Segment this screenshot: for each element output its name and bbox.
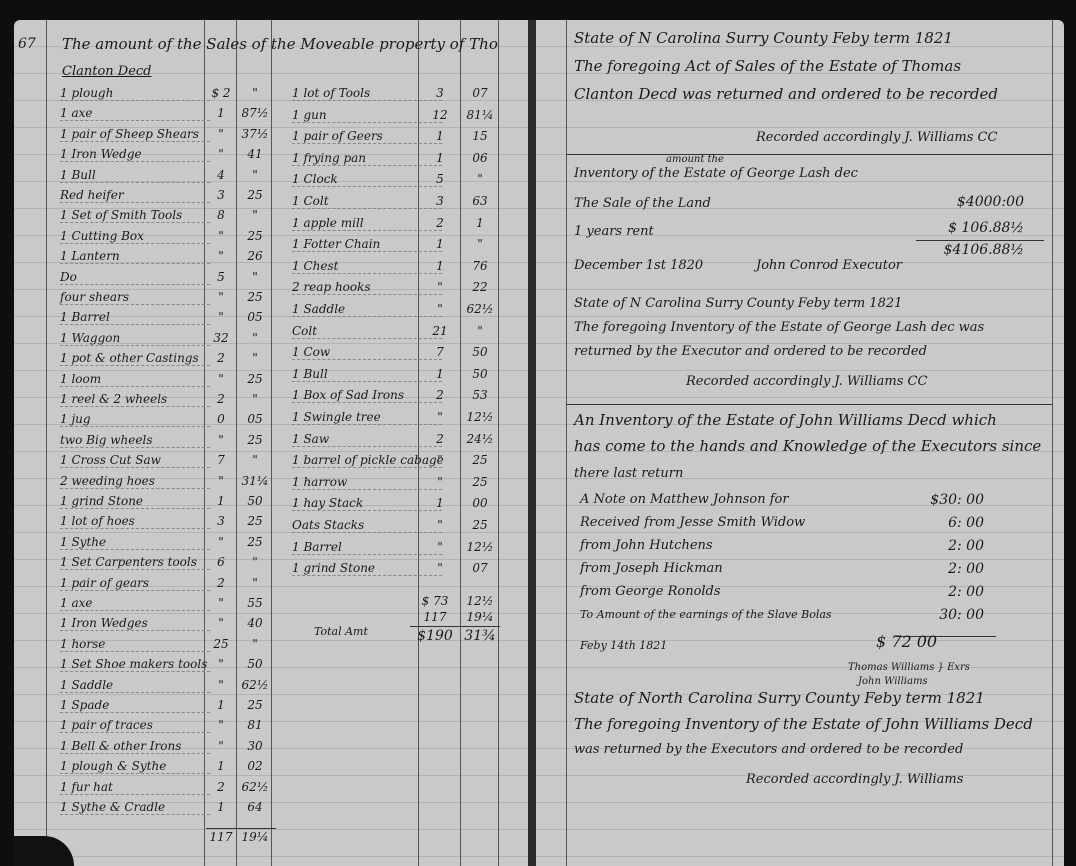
sale-dollars: 6 xyxy=(206,555,236,569)
sale-cents: 25 xyxy=(238,229,272,243)
subtotal-dollars-1: $ 73 xyxy=(410,594,460,608)
court-text-1b: Clanton Decd was returned and ordered to… xyxy=(574,86,998,102)
sale-dollars: 3 xyxy=(420,86,460,100)
sale-dollars: 1 xyxy=(206,106,236,120)
subtotal-cents-2: 19¼ xyxy=(462,610,498,624)
sale-dollars: 1 xyxy=(206,800,236,814)
sale-dollars: " xyxy=(206,147,236,161)
sale-cents: 24½ xyxy=(462,432,498,446)
sale-item: 1 horse xyxy=(60,637,210,652)
sale-cents: 40 xyxy=(238,616,272,630)
lash-row-amount: $ 106.88½ xyxy=(948,220,1024,236)
williams-inventory-title: An Inventory of the Estate of John Willi… xyxy=(574,412,997,428)
inventory-row-amount: 6: 00 xyxy=(948,515,984,531)
sale-dollars: 2 xyxy=(206,780,236,794)
sale-item: 1 plough & Sythe xyxy=(60,759,210,774)
sale-item: 1 axe xyxy=(60,596,210,611)
sale-cents: 1 xyxy=(462,216,498,230)
total-label: Total Amt xyxy=(314,624,368,640)
sale-cents: 25 xyxy=(238,188,272,202)
sale-cents: " xyxy=(238,86,272,100)
sale-cents: 07 xyxy=(462,86,498,100)
sale-cents: 06 xyxy=(462,151,498,165)
lash-total: $4106.88½ xyxy=(944,242,1024,258)
sale-cents: " xyxy=(238,351,272,365)
sale-cents: 41 xyxy=(238,147,272,161)
clerk-signature-3: Recorded accordingly J. Williams xyxy=(746,772,963,788)
sale-dollars: " xyxy=(206,616,236,630)
sale-dollars: " xyxy=(206,127,236,141)
sale-item: Red heifer xyxy=(60,188,210,203)
sale-item: 1 Set Carpenters tools xyxy=(60,555,210,570)
sale-item: 1 Bull xyxy=(60,168,210,183)
sale-dollars: " xyxy=(206,657,236,671)
sale-item: 1 Spade xyxy=(60,698,210,713)
inventory-row-amount: 2: 00 xyxy=(948,561,984,577)
sum-rule xyxy=(916,240,1044,241)
column-rule xyxy=(236,20,237,866)
sale-dollars: 1 xyxy=(206,494,236,508)
sale-dollars: 1 xyxy=(420,496,460,510)
sale-cents: 76 xyxy=(462,259,498,273)
sale-dollars: 1 xyxy=(420,237,460,251)
sale-cents: 25 xyxy=(238,698,272,712)
sale-dollars: " xyxy=(420,302,460,316)
sale-cents: 50 xyxy=(238,657,272,671)
sale-cents: 63 xyxy=(462,194,498,208)
sale-item: 1 pot & other Castings xyxy=(60,351,210,366)
sale-cents: 62½ xyxy=(238,678,272,692)
sale-cents: 26 xyxy=(238,249,272,263)
sale-dollars: " xyxy=(206,718,236,732)
sale-cents: " xyxy=(462,324,498,338)
sale-cents: 25 xyxy=(462,453,498,467)
sale-dollars: " xyxy=(206,229,236,243)
sale-cents: 53 xyxy=(462,388,498,402)
inventory-title-lash: Inventory of the Estate of George Lash d… xyxy=(574,166,858,182)
sale-dollars: " xyxy=(206,739,236,753)
sale-cents: " xyxy=(238,555,272,569)
sale-item: 1 plough xyxy=(60,86,210,101)
executor-signature-2: John Williams xyxy=(858,674,928,690)
sale-item: 1 Barrel xyxy=(60,310,210,325)
sale-cents: 00 xyxy=(462,496,498,510)
sale-item: 1 Bell & other Irons xyxy=(60,739,210,754)
sale-dollars: " xyxy=(420,561,460,575)
inventory-row-amount: 30: 00 xyxy=(939,607,984,623)
sale-cents: " xyxy=(238,168,272,182)
sale-dollars: 12 xyxy=(420,108,460,122)
sale-cents: 07 xyxy=(462,561,498,575)
sale-cents: " xyxy=(462,237,498,251)
sale-cents: 02 xyxy=(238,759,272,773)
sale-dollars: 7 xyxy=(420,345,460,359)
sale-dollars: " xyxy=(206,535,236,549)
sale-item: Do xyxy=(60,270,210,285)
sale-dollars: " xyxy=(206,474,236,488)
sale-dollars: 3 xyxy=(420,194,460,208)
sale-dollars: " xyxy=(206,433,236,447)
sale-item: 1 pair of Sheep Shears xyxy=(60,127,210,142)
sale-cents: 12½ xyxy=(462,410,498,424)
sale-cents: 05 xyxy=(238,412,272,426)
sale-cents: " xyxy=(238,392,272,406)
subtotal-dollars-2: 117 xyxy=(410,610,460,624)
sale-dollars: 1 xyxy=(420,367,460,381)
page-number: 67 xyxy=(18,36,36,52)
sale-cents: 30 xyxy=(238,739,272,753)
sale-cents: " xyxy=(238,331,272,345)
sale-dollars: 7 xyxy=(206,453,236,467)
sale-cents: 12½ xyxy=(462,540,498,554)
inventory-row-label: from John Hutchens xyxy=(580,538,713,554)
left-ledger-page: 67 The amount of the Sales of the Moveab… xyxy=(14,20,528,866)
grand-total-cents: 31¾ xyxy=(462,628,498,644)
sale-dollars: 2 xyxy=(420,388,460,402)
sale-dollars: 1 xyxy=(206,698,236,712)
grand-total-dollars: $190 xyxy=(410,628,460,644)
sale-cents: 31¼ xyxy=(238,474,272,488)
sale-dollars: 25 xyxy=(206,637,236,651)
williams-inventory-text: has come to the hands and Knowledge of t… xyxy=(574,438,1041,454)
book-gutter xyxy=(528,20,536,866)
sale-cents: 50 xyxy=(462,367,498,381)
thumb-shadow xyxy=(14,836,74,866)
lash-row-label: The Sale of the Land xyxy=(574,196,711,212)
sale-dollars: 2 xyxy=(420,216,460,230)
sale-cents: 81¼ xyxy=(462,108,498,122)
sale-cents: 25 xyxy=(238,372,272,386)
sale-item: 1 Cutting Box xyxy=(60,229,210,244)
sale-cents: 15 xyxy=(462,129,498,143)
williams-date: Feby 14th 1821 xyxy=(580,638,667,654)
column-rule xyxy=(460,20,461,866)
sale-cents: 25 xyxy=(238,535,272,549)
sale-dollars: 2 xyxy=(420,432,460,446)
court-text-2: The foregoing Inventory of the Estate of… xyxy=(574,320,984,336)
sale-dollars: 0 xyxy=(206,412,236,426)
court-text-1: The foregoing Act of Sales of the Estate… xyxy=(574,58,961,74)
sale-dollars: 21 xyxy=(420,324,460,338)
executor-signature: John Conrod Executor xyxy=(756,258,902,274)
sale-cents: " xyxy=(462,172,498,186)
sale-cents: 25 xyxy=(238,433,272,447)
sale-dollars: 8 xyxy=(206,208,236,222)
col1-total-dollars: 117 xyxy=(206,830,236,844)
sale-cents: 37½ xyxy=(238,127,272,141)
section-rule xyxy=(566,404,1052,405)
sale-cents: 50 xyxy=(238,494,272,508)
court-text-2b: returned by the Executor and ordered to … xyxy=(574,344,927,360)
sale-dollars: 1 xyxy=(420,259,460,273)
sale-dollars: 5 xyxy=(206,270,236,284)
williams-inventory-text-b: there last return xyxy=(574,466,683,482)
sale-dollars: " xyxy=(206,678,236,692)
sale-item: 1 Lantern xyxy=(60,249,210,264)
sale-dollars: " xyxy=(420,540,460,554)
sale-item: 1 Set of Smith Tools xyxy=(60,208,210,223)
sale-cents: " xyxy=(238,270,272,284)
court-header-3: State of North Carolina Surry County Feb… xyxy=(574,690,985,706)
sale-item: 1 axe xyxy=(60,106,210,121)
sale-item: 1 Waggon xyxy=(60,331,210,346)
sale-cents: 64 xyxy=(238,800,272,814)
column-rule xyxy=(498,20,499,866)
sale-cents: " xyxy=(238,576,272,590)
court-text-3: The foregoing Inventory of the Estate of… xyxy=(574,716,1033,732)
sale-item: 1 Set Shoe makers tools xyxy=(60,657,210,672)
court-header-2: State of N Carolina Surry County Feby te… xyxy=(574,296,902,312)
col1-total-cents: 19¼ xyxy=(238,830,272,844)
sale-dollars: " xyxy=(206,290,236,304)
right-ledger-page: State of N Carolina Surry County Feby te… xyxy=(536,20,1064,866)
sale-dollars: 2 xyxy=(206,351,236,365)
sale-item: 1 Iron Wedges xyxy=(60,616,210,631)
williams-total: $ 72 00 xyxy=(876,632,937,651)
margin-rule xyxy=(566,20,567,866)
sale-item: two Big wheels xyxy=(60,433,210,448)
sale-dollars: " xyxy=(206,372,236,386)
sale-dollars: " xyxy=(420,518,460,532)
sale-item: 1 Saddle xyxy=(60,678,210,693)
sale-item: 2 weeding hoes xyxy=(60,474,210,489)
sale-dollars: 4 xyxy=(206,168,236,182)
inventory-row-amount: $30: 00 xyxy=(930,492,984,508)
sale-cents: " xyxy=(238,208,272,222)
sale-dollars: 3 xyxy=(206,514,236,528)
clerk-signature-2: Recorded accordingly J. Williams CC xyxy=(686,374,927,390)
sale-dollars: 2 xyxy=(206,576,236,590)
sale-dollars: 1 xyxy=(420,151,460,165)
sale-dollars: " xyxy=(206,249,236,263)
ledger-heading: The amount of the Sales of the Moveable … xyxy=(62,36,498,52)
sale-dollars: " xyxy=(420,410,460,424)
section-rule xyxy=(566,154,1052,155)
sale-item: 1 Sythe & Cradle xyxy=(60,800,210,815)
margin-rule xyxy=(1052,20,1053,866)
sale-item: 1 pair of traces xyxy=(60,718,210,733)
sale-cents: 62½ xyxy=(462,302,498,316)
sale-item: 1 Iron Wedge xyxy=(60,147,210,162)
margin-rule xyxy=(46,20,47,866)
sale-cents: " xyxy=(238,453,272,467)
inventory-row-label: A Note on Matthew Johnson for xyxy=(580,492,789,508)
court-header-1: State of N Carolina Surry County Feby te… xyxy=(574,30,953,46)
subtotal-cents-1: 12½ xyxy=(462,594,498,608)
inventory-row-amount: 2: 00 xyxy=(948,584,984,600)
inventory-row-label: Received from Jesse Smith Widow xyxy=(580,515,805,531)
sale-dollars: 2 xyxy=(206,392,236,406)
sale-dollars: 5 xyxy=(420,172,460,186)
grand-total-rule xyxy=(410,626,500,627)
lash-date: December 1st 1820 xyxy=(574,258,703,274)
sale-cents: 62½ xyxy=(238,780,272,794)
sale-cents: 22 xyxy=(462,280,498,294)
inventory-row-amount: 2: 00 xyxy=(948,538,984,554)
sale-dollars: 32 xyxy=(206,331,236,345)
sale-item: 1 grind Stone xyxy=(60,494,210,509)
sale-item: 1 fur hat xyxy=(60,780,210,795)
inventory-row-label: To Amount of the earnings of the Slave B… xyxy=(580,607,832,623)
sale-item: 1 jug xyxy=(60,412,210,427)
sale-cents: 25 xyxy=(238,514,272,528)
sale-dollars: 1 xyxy=(420,129,460,143)
sale-dollars: " xyxy=(420,475,460,489)
sale-dollars: 1 xyxy=(206,759,236,773)
sale-cents: 55 xyxy=(238,596,272,610)
sale-cents: 25 xyxy=(462,475,498,489)
sale-cents: " xyxy=(238,637,272,651)
sale-cents: 25 xyxy=(462,518,498,532)
sale-cents: 87½ xyxy=(238,106,272,120)
inventory-row-label: from George Ronolds xyxy=(580,584,721,600)
sale-item: 1 Cross Cut Saw xyxy=(60,453,210,468)
inventory-row-label: from Joseph Hickman xyxy=(580,561,723,577)
court-text-3b: was returned by the Executors and ordere… xyxy=(574,742,963,758)
total-rule xyxy=(206,828,276,829)
sale-dollars: " xyxy=(206,310,236,324)
lash-row-label: 1 years rent xyxy=(574,224,654,240)
sale-item: 1 reel & 2 wheels xyxy=(60,392,210,407)
sale-item: 1 loom xyxy=(60,372,210,387)
sale-dollars: $ 2 xyxy=(206,86,236,100)
clerk-signature-1: Recorded accordingly J. Williams CC xyxy=(756,130,997,146)
sale-cents: 25 xyxy=(238,290,272,304)
sale-cents: 05 xyxy=(238,310,272,324)
lash-row-amount: $4000:00 xyxy=(957,194,1024,210)
sale-cents: 50 xyxy=(462,345,498,359)
decedent-name: Clanton Decd xyxy=(62,64,152,80)
sale-cents: 81 xyxy=(238,718,272,732)
sale-dollars: " xyxy=(420,453,460,467)
sale-dollars: " xyxy=(206,596,236,610)
sale-item: 1 lot of hoes xyxy=(60,514,210,529)
sale-item: 1 Sythe xyxy=(60,535,210,550)
sale-dollars: 3 xyxy=(206,188,236,202)
sale-item: 1 pair of gears xyxy=(60,576,210,591)
sale-dollars: " xyxy=(420,280,460,294)
sale-item: four shears xyxy=(60,290,210,305)
